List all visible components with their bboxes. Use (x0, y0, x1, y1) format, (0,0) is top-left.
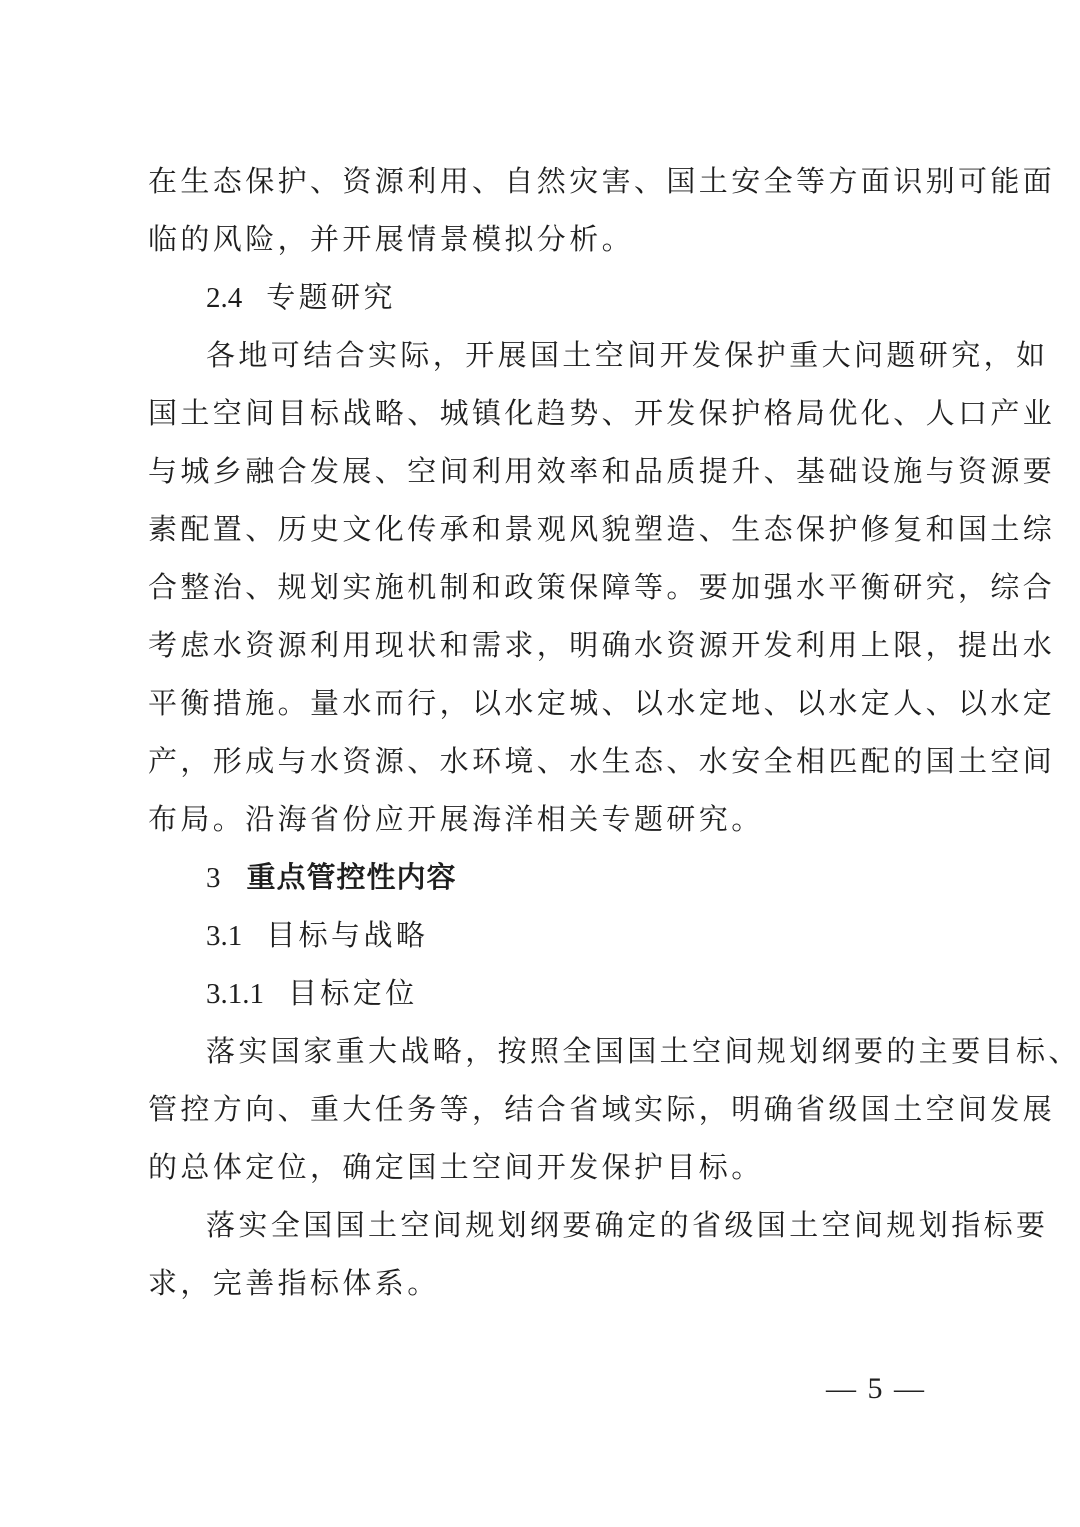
text-line: 求，完善指标体系。 (148, 1254, 928, 1312)
section-number: 2.4 (206, 269, 242, 327)
text-line: 合整治、规划实施机制和政策保障等。要加强水平衡研究，综合 (148, 558, 928, 616)
text-line: 各地可结合实际，开展国土空间开发保护重大问题研究，如 (148, 326, 928, 384)
continued-paragraph: 在生态保护、资源利用、自然灾害、国土安全等方面识别可能面 临的风险，并开展情景模… (148, 152, 928, 268)
text-line: 落实全国国土空间规划纲要确定的省级国土空间规划指标要 (148, 1196, 928, 1254)
section-title: 目标定位 (288, 976, 418, 1010)
section-heading-3: 3重点管控性内容 (148, 848, 928, 906)
section-3-1-1-paragraph-1: 落实国家重大战略，按照全国国土空间规划纲要的主要目标、 管控方向、重大任务等，结… (148, 1022, 928, 1196)
text-line: 国土空间目标战略、城镇化趋势、开发保护格局优化、人口产业 (148, 384, 928, 442)
section-title: 重点管控性内容 (247, 860, 457, 894)
text-line: 临的风险，并开展情景模拟分析。 (148, 210, 928, 268)
text-line: 产，形成与水资源、水环境、水生态、水安全相匹配的国土空间 (148, 732, 928, 790)
page-number: — 5 — (826, 1372, 926, 1406)
section-number: 3 (206, 849, 221, 907)
section-number: 3.1 (206, 907, 242, 965)
section-2-4-paragraph: 各地可结合实际，开展国土空间开发保护重大问题研究，如 国土空间目标战略、城镇化趋… (148, 326, 928, 848)
text-line: 在生态保护、资源利用、自然灾害、国土安全等方面识别可能面 (148, 152, 928, 210)
text-line: 管控方向、重大任务等，结合省域实际，明确省级国土空间发展 (148, 1080, 928, 1138)
text-line: 与城乡融合发展、空间利用效率和品质提升、基础设施与资源要 (148, 442, 928, 500)
section-title: 目标与战略 (266, 918, 428, 952)
section-number: 3.1.1 (206, 965, 264, 1023)
section-3-1-1-paragraph-2: 落实全国国土空间规划纲要确定的省级国土空间规划指标要 求，完善指标体系。 (148, 1196, 928, 1312)
section-heading-3-1: 3.1目标与战略 (148, 906, 928, 964)
section-heading-3-1-1: 3.1.1目标定位 (148, 964, 928, 1022)
document-page: 在生态保护、资源利用、自然灾害、国土安全等方面识别可能面 临的风险，并开展情景模… (148, 152, 928, 1312)
text-line: 的总体定位，确定国土空间开发保护目标。 (148, 1138, 928, 1196)
section-title: 专题研究 (266, 280, 396, 314)
text-line: 素配置、历史文化传承和景观风貌塑造、生态保护修复和国土综 (148, 500, 928, 558)
text-line: 考虑水资源利用现状和需求，明确水资源开发利用上限，提出水 (148, 616, 928, 674)
text-line: 落实国家重大战略，按照全国国土空间规划纲要的主要目标、 (148, 1022, 928, 1080)
text-line: 平衡措施。量水而行，以水定城、以水定地、以水定人、以水定 (148, 674, 928, 732)
text-line: 布局。沿海省份应开展海洋相关专题研究。 (148, 790, 928, 848)
section-heading-2-4: 2.4专题研究 (148, 268, 928, 326)
